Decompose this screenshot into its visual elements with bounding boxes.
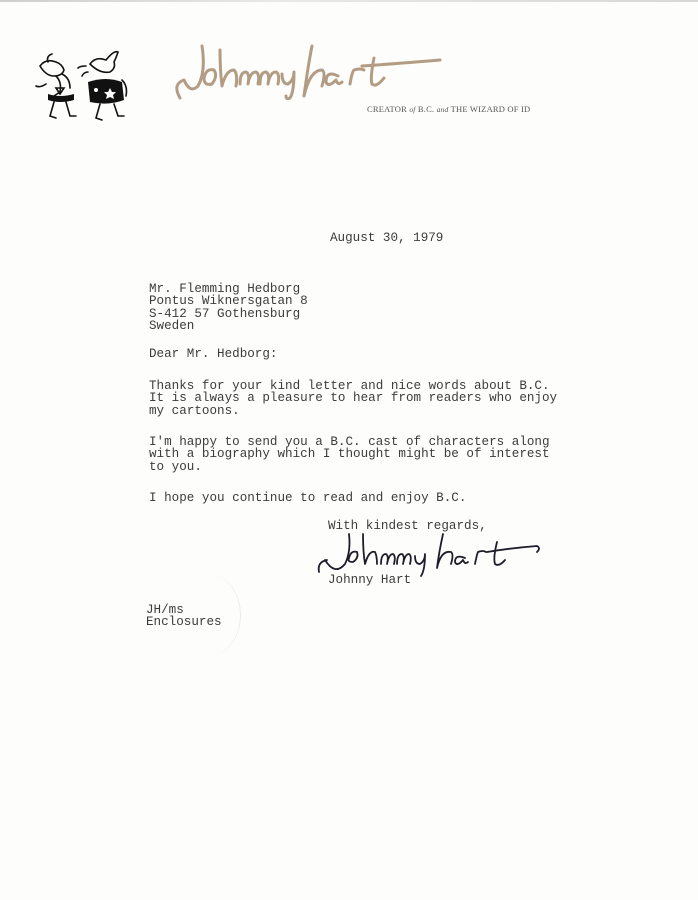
letterhead-tagline: CREATOR of B.C. and THE WIZARD OF ID: [367, 104, 530, 114]
recipient-street: Pontus Wiknersgatan 8: [149, 295, 308, 307]
signer-name: Johnny Hart: [328, 574, 411, 586]
scan-top-edge: [0, 0, 698, 2]
reference-block: JH/msEnclosures: [146, 604, 222, 629]
johnny-hart-script-logo: [170, 40, 470, 100]
body-paragraph-1: Thanks for your kind letter and nice wor…: [149, 380, 557, 417]
body-paragraph-3: I hope you continue to read and enjoy B.…: [149, 492, 466, 504]
recipient-country: Sweden: [149, 320, 308, 332]
salutation: Dear Mr. Hedborg:: [149, 348, 277, 360]
recipient-address: Mr. Flemming HedborgPontus Wiknersgatan …: [149, 283, 308, 332]
body-paragraph-2: I'm happy to send you a B.C. cast of cha…: [149, 436, 550, 473]
enclosures-note: Enclosures: [146, 616, 222, 628]
bc-wizard-characters-illustration: [26, 44, 156, 124]
handwritten-signature: [315, 528, 555, 578]
letterhead: CREATOR of B.C. and THE WIZARD OF ID: [20, 40, 620, 130]
letter-date: August 30, 1979: [330, 232, 443, 244]
